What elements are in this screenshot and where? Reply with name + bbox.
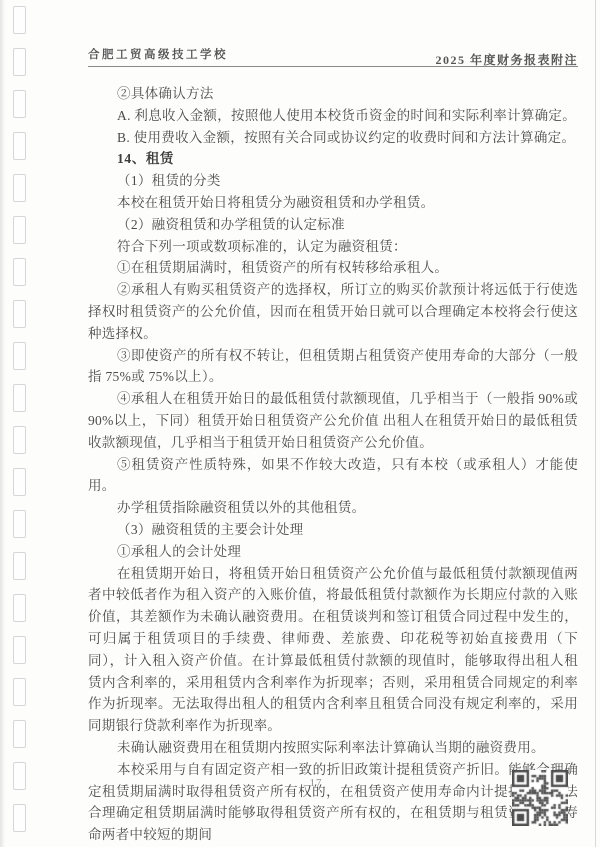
binding-hole [13, 720, 26, 748]
document-page: 合肥工贸高级技工学校 2025 年度财务报表附注 ②具体确认方法A. 利息收入金… [0, 0, 600, 847]
binding-hole [13, 510, 26, 538]
paragraph: ④承租人在租赁开始日的最低租赁付款额现值，几乎相当于（一般指 90%或 90%以… [88, 388, 578, 453]
paragraph: 办学租赁指除融资租赁以外的其他租赁。 [88, 497, 578, 519]
binding-hole [13, 804, 26, 832]
binding-hole [13, 342, 26, 370]
binding-hole [13, 552, 26, 580]
paragraph: （3）融资租赁的主要会计处理 [88, 519, 578, 541]
paragraph: 未确认融资费用在租赁期内按照实际利率法计算确认当期的融资费用。 [88, 737, 578, 759]
paragraph: （1）租赁的分类 [88, 170, 578, 192]
paragraph: ①承租人的会计处理 [88, 541, 578, 563]
header-report-title: 2025 年度财务报表附注 [435, 51, 578, 68]
binding-hole [13, 426, 26, 454]
binding-hole [13, 258, 26, 286]
paragraph: 本校采用与自有固定资产相一致的折旧政策计提租赁资产折旧。能够合理确定租赁期届满时… [88, 759, 578, 846]
binding-holes [0, 0, 34, 847]
paragraph: ⑤租赁资产性质特殊，如果不作较大改造，只有本校（或承租人）才能使用。 [88, 454, 578, 498]
paragraph: 符合下列一项或数项标准的，认定为融资租赁： [88, 236, 578, 258]
document-body: ②具体确认方法A. 利息收入金额，按照他人使用本校货币资金的时间和实际利率计算确… [88, 83, 578, 846]
binding-hole [13, 636, 26, 664]
paragraph: ③即使资产的所有权不转让，但租赁期占租赁资产使用寿命的大部分（一般指 75%或 … [88, 345, 578, 389]
paragraph: B. 使用费收入金额，按照有关合同或协议约定的收费时间和方法计算确定。 [88, 127, 578, 149]
binding-hole [13, 594, 26, 622]
paragraph: （2）融资租赁和办学租赁的认定标准 [88, 214, 578, 236]
binding-hole [13, 90, 26, 118]
paragraph: 在租赁期开始日，将租赁开始日租赁资产公允价值与最低租赁付款额现值两者中较低者作为… [88, 563, 578, 737]
binding-hole [13, 384, 26, 412]
scan-edge-right [595, 0, 596, 847]
binding-hole [13, 48, 26, 76]
paragraph: ②承租人有购买租赁资产的选择权，所订立的购买价款预计将远低于行使选择权时租赁资产… [88, 279, 578, 344]
binding-hole [13, 468, 26, 496]
page-header: 合肥工贸高级技工学校 2025 年度财务报表附注 [88, 44, 578, 67]
binding-hole [13, 6, 26, 34]
binding-hole [13, 678, 26, 706]
paragraph: A. 利息收入金额，按照他人使用本校货币资金的时间和实际利率计算确定。 [88, 105, 578, 127]
page-number: 17 [0, 777, 600, 789]
paragraph: ②具体确认方法 [88, 83, 578, 105]
binding-hole [13, 216, 26, 244]
qr-code-icon [512, 770, 568, 826]
binding-hole [13, 300, 26, 328]
binding-hole [13, 132, 26, 160]
binding-hole [13, 174, 26, 202]
header-school-name: 合肥工贸高级技工学校 [88, 46, 228, 66]
paragraph: 本校在租赁开始日将租赁分为融资租赁和办学租赁。 [88, 192, 578, 214]
section-heading: 14、租赁 [88, 148, 578, 170]
paragraph: ①在租赁期届满时，租赁资产的所有权转移给承租人。 [88, 257, 578, 279]
